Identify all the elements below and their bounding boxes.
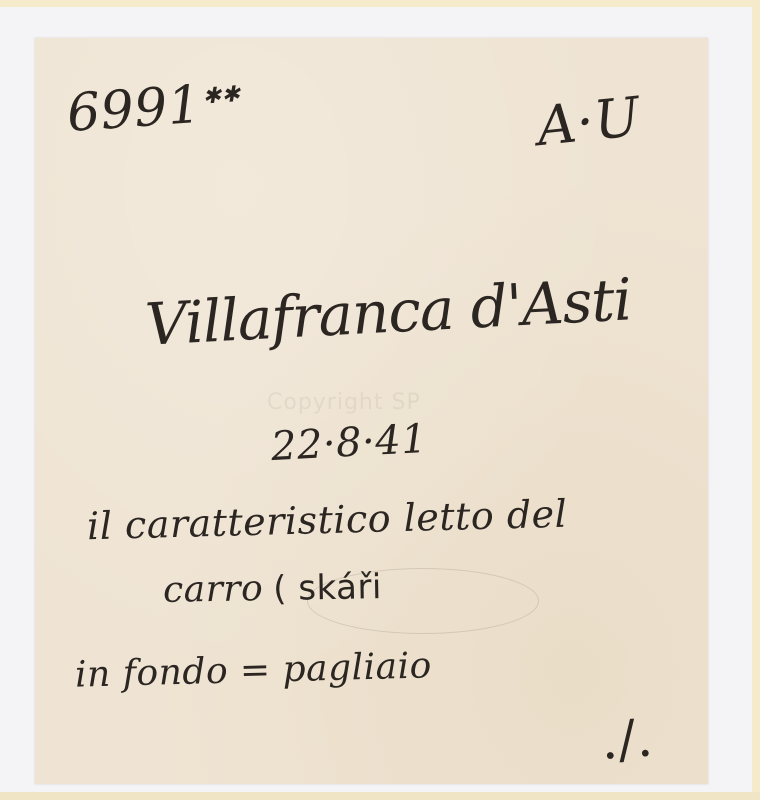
note-line-1: il caratteristico letto del bbox=[87, 492, 568, 549]
mount-right-edge bbox=[752, 0, 760, 800]
end-mark: ./. bbox=[599, 708, 655, 771]
star-marks-icon: ✱✱ bbox=[202, 82, 242, 110]
handwritten-note: Copyright SP 6991✱✱ A·U Villafranca d'As… bbox=[35, 38, 708, 784]
note-line-2: carro( skáři bbox=[163, 566, 383, 611]
copyright-watermark: Copyright SP bbox=[267, 390, 421, 415]
place-name: Villafranca d'Asti bbox=[144, 265, 633, 358]
note-line-3: in fondo = pagliaio bbox=[75, 645, 433, 695]
note-line-2-text: carro bbox=[163, 568, 264, 611]
phonetic-transcription: ( skáři bbox=[273, 567, 382, 609]
catalog-number-value: 6991 bbox=[65, 75, 203, 144]
date: 22·8·41 bbox=[270, 416, 428, 470]
catalog-number: 6991✱✱ bbox=[65, 72, 243, 144]
mount-bottom-edge bbox=[0, 792, 760, 800]
mount-top-edge bbox=[0, 0, 760, 7]
author-initials: A·U bbox=[534, 85, 643, 158]
